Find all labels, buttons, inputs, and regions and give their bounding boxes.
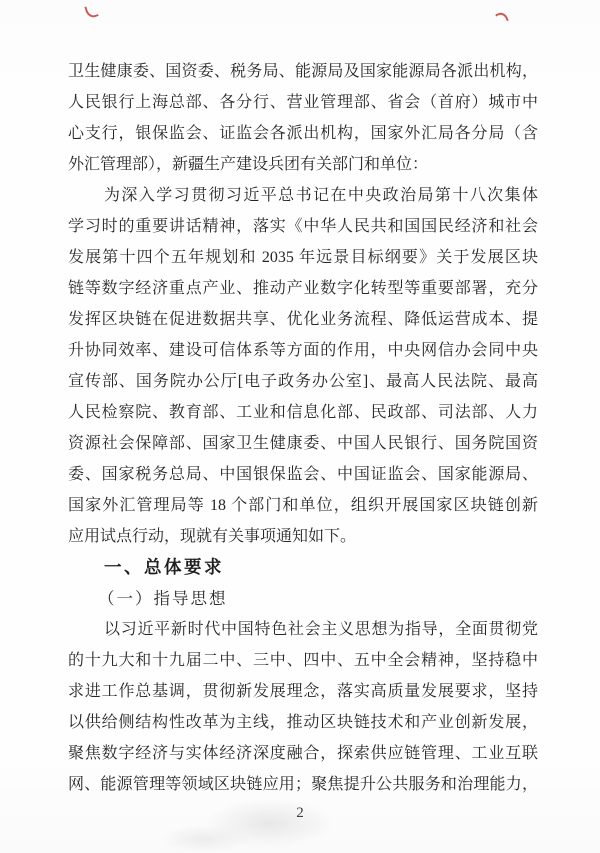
document-line: 国家外汇管理局等 18 个部门和单位，组织开展国家区块链创新 (68, 490, 538, 521)
document-line: 发展第十四个五年规划和 2035 年远景目标纲要》关于发展区块 (68, 242, 538, 273)
document-line: 人民检察院、教育部、工业和信息化部、民政部、司法部、人力 (68, 397, 538, 428)
document-line: 为深入学习贯彻习近平总书记在中央政治局第十八次集体 (68, 180, 538, 211)
document-line: 学习时的重要讲话精神，落实《中华人民共和国国民经济和社会 (68, 211, 538, 242)
document-line: 外汇管理部），新疆生产建设兵团有关部门和单位： (68, 149, 538, 180)
document-line: 一、总体要求 (68, 552, 538, 583)
red-pen-mark-icon (84, 4, 98, 20)
document-line: 卫生健康委、国资委、税务局、能源局及国家能源局各派出机构， (68, 56, 538, 87)
page-number: 2 (0, 802, 600, 824)
document-line: 资源社会保障部、国家卫生健康委、中国人民银行、国务院国资 (68, 428, 538, 459)
document-line: 应用试点行动，现就有关事项通知如下。 (68, 521, 538, 552)
document-line: 宣传部、国务院办公厅[电子政务办公室]、最高人民法院、最高 (68, 366, 538, 397)
document-line: 委、国家税务总局、中国银保监会、中国证监会、国家能源局、 (68, 459, 538, 490)
scan-smudge (160, 825, 250, 853)
document-line: 的十九大和十九届二中、三中、四中、五中全会精神，坚持稳中 (68, 645, 538, 676)
document-line: 以习近平新时代中国特色社会主义思想为指导，全面贯彻党 (68, 614, 538, 645)
document-line: 发挥区块链在促进数据共享、优化业务流程、降低运营成本、提 (68, 304, 538, 335)
scanned-page: 卫生健康委、国资委、税务局、能源局及国家能源局各派出机构，人民银行上海总部、各分… (0, 0, 600, 853)
document-line: 以供给侧结构性改革为主线，推动区块链技术和产业创新发展， (68, 707, 538, 738)
document-body: 卫生健康委、国资委、税务局、能源局及国家能源局各派出机构，人民银行上海总部、各分… (68, 56, 538, 800)
document-line: 求进工作总基调，贯彻新发展理念，落实高质量发展要求，坚持 (68, 676, 538, 707)
red-pen-mark-icon (495, 10, 509, 24)
document-line: 网、能源管理等领域区块链应用；聚焦提升公共服务和治理能力， (68, 769, 538, 800)
document-line: 心支行，银保监会、证监会各派出机构，国家外汇局各分局（含 (68, 118, 538, 149)
document-line: 人民银行上海总部、各分行、营业管理部、省会（首府）城市中 (68, 87, 538, 118)
document-line: 链等数字经济重点产业、推动产业数字化转型等重要部署，充分 (68, 273, 538, 304)
document-line: 聚焦数字经济与实体经济深度融合，探索供应链管理、工业互联 (68, 738, 538, 769)
document-line: 升协同效率、建设可信体系等方面的作用，中央网信办会同中央 (68, 335, 538, 366)
document-line: （一）指导思想 (68, 583, 538, 614)
